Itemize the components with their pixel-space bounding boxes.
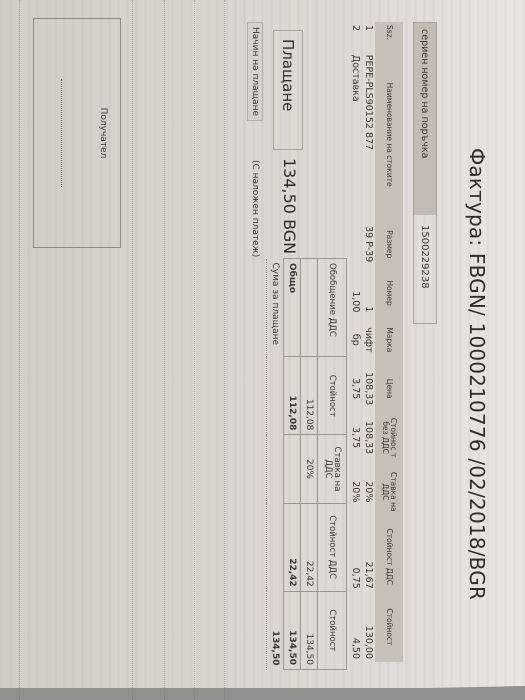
payment-box: Плащане <box>273 30 303 150</box>
vat-row-net: 112,08 <box>301 357 318 435</box>
vat-header-row: Обобщение ДДС Стойност Ставка на ДДС Сто… <box>318 259 347 670</box>
items-header-row: Ssz. Наименование на стоките Размер Номе… <box>375 22 403 662</box>
vat-total-net: 112,08 <box>284 357 301 435</box>
vat-col-summary: Обобщение ДДС <box>318 259 347 357</box>
table-row: 2 Доставка 1,00 бр 3,75 3,75 20% 0,75 4,… <box>349 22 362 662</box>
vat-col-total: Стойност <box>318 591 347 669</box>
recipient-signature-box: Получател <box>33 18 121 248</box>
col-vat: Стойност ДДС <box>375 522 403 592</box>
cell-total: 4,50 <box>349 592 362 662</box>
invoice-document: Фактура: FBGN/ 1000210776 /02/2018/BGR с… <box>0 0 525 700</box>
cell-vat: 21,67 <box>362 522 375 592</box>
col-no: Ssz. <box>375 22 403 52</box>
items-table: Ssz. Наименование на стоките Размер Номе… <box>349 22 403 662</box>
cell-name: Доставка <box>349 52 362 218</box>
cell-net: 3,75 <box>349 413 362 462</box>
col-net: Стойнос т без ДДС <box>375 413 403 462</box>
vat-total-rate <box>284 435 301 503</box>
col-vat-rate: Ставка на ДДС <box>375 462 403 522</box>
col-brand: Марка <box>375 315 403 364</box>
signature-line <box>61 79 62 187</box>
payable-total: 134,50 <box>267 591 284 669</box>
table-row: 1 PEPE-PLS90152 877 39 P-39 1 чифт 108,3… <box>362 22 375 662</box>
vat-total-row: Общо 112,08 22,42 134,50 <box>284 259 301 670</box>
cell-vat: 0,75 <box>349 522 362 592</box>
vat-total-total: 134,50 <box>284 591 301 669</box>
vat-row-total: 134,50 <box>301 591 318 669</box>
cell-net: 108,33 <box>362 413 375 462</box>
payment-label: Плащане <box>279 39 297 111</box>
invoice-title: Фактура: FBGN/ 1000210776 /02/2018/BGR <box>465 148 489 600</box>
payable-row: Сума за плащане 134,50 <box>267 259 284 670</box>
cell-no: 1 <box>362 22 375 52</box>
cell-vat-rate: 20% <box>349 462 362 522</box>
col-number: Номер <box>375 271 403 316</box>
vat-row-label <box>301 259 318 357</box>
cell-number: 1,00 <box>349 271 362 316</box>
cell-price: 108,33 <box>362 364 375 413</box>
payable-label: Сума за плащане <box>267 259 284 592</box>
vat-summary-table: Обобщение ДДС Стойност Ставка на ДДС Сто… <box>266 258 347 670</box>
cell-name: PEPE-PLS90152 877 <box>362 52 375 218</box>
cell-number: 1 <box>362 271 375 316</box>
payment-method-value: (С наложен платеж) <box>250 160 260 257</box>
order-number-value: 1500229238 <box>420 215 431 289</box>
vat-row-rate: 20% <box>301 435 318 503</box>
col-total: Стойност <box>375 592 403 662</box>
cell-size: 39 P-39 <box>362 218 375 271</box>
payment-method-label: Начин на плащане <box>247 22 263 121</box>
cell-brand: бр <box>349 315 362 364</box>
vat-row-vat: 22,42 <box>301 503 318 591</box>
cell-total: 130,00 <box>362 592 375 662</box>
col-size: Размер <box>375 218 403 271</box>
vat-total-vat: 22,42 <box>284 503 301 591</box>
col-name: Наименование на стоките <box>375 52 403 218</box>
cell-brand: чифт <box>362 315 375 364</box>
cell-price: 3,75 <box>349 364 362 413</box>
vat-rate-row: 112,08 20% 22,42 134,50 <box>301 259 318 670</box>
order-number-label: сериен номер на поръчка <box>414 23 436 215</box>
cell-no: 2 <box>349 22 362 52</box>
col-price: Цена <box>375 364 403 413</box>
vat-col-net: Стойност <box>318 357 347 435</box>
cell-vat-rate: 20% <box>362 462 375 522</box>
vat-col-rate: Ставка на ДДС <box>318 435 347 503</box>
cell-size <box>349 218 362 271</box>
recipient-label: Получател <box>98 19 108 247</box>
payment-amount: 134,50 BGN <box>280 158 299 254</box>
vat-col-vat: Стойност ДДС <box>318 503 347 591</box>
vat-total-label: Общо <box>284 259 301 357</box>
order-number-box: сериен номер на поръчка 1500229238 <box>413 22 437 324</box>
